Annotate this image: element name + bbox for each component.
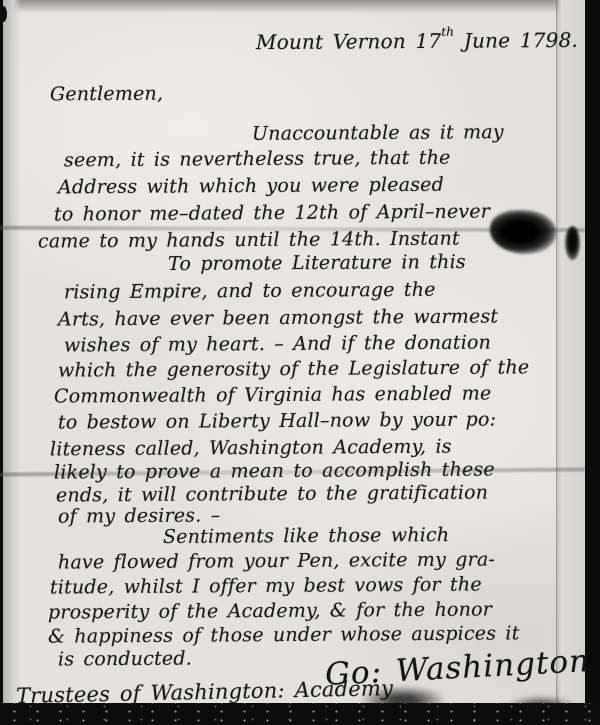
letter-photograph: { "letter": { "dateline": { "prefix": "M… (0, 0, 600, 725)
letter-line: ends, it will contribute to the gratific… (56, 481, 488, 506)
letter-line: To promote Literature in this (168, 251, 466, 275)
letter-line: Sentiments like those which (163, 524, 449, 548)
letter-line: & happiness of those under whose auspice… (48, 622, 520, 647)
photo-left-edge (3, 0, 21, 705)
letter-line: rising Empire, and to encourage the (64, 279, 436, 304)
letter-line: of my desires. – (58, 504, 221, 527)
dateline-prefix: Mount Vernon 17 (256, 29, 441, 54)
letter-line: Unaccountable as it may (252, 121, 504, 145)
letter-line: Arts, have ever been amongst the warmest (58, 305, 498, 330)
letter-line: to honor me–dated the 12th of April–neve… (54, 200, 490, 225)
dateline: Mount Vernon 17th June 1798. (256, 28, 578, 54)
letter-line: to bestow on Liberty Hall–now by your po… (58, 408, 496, 433)
letter-line: liteness called, Washington Academy, is (50, 436, 452, 461)
letter-line: is conducted. (58, 648, 192, 671)
letter-line: titude, whilst I offer my best vows for … (50, 573, 482, 598)
photo-corner-nick (0, 6, 7, 22)
dateline-superscript: th (441, 25, 454, 39)
letter-line: seem, it is nevertheless true, that the (64, 147, 451, 172)
dateline-suffix: June 1798. (454, 28, 578, 53)
letter-line: wishes of my heart. – And if the donatio… (64, 332, 491, 357)
letter-line: came to my hands until the 14th. Instant (38, 228, 460, 253)
paper-right-edge (556, 0, 585, 705)
letter-line: likely to prove a mean to accomplish the… (54, 458, 495, 483)
letter-line: have flowed from your Pen, excite my gra… (58, 548, 495, 573)
letter-line: which the generosity of the Legislature … (58, 356, 529, 381)
photo-bottom-edge (0, 703, 600, 725)
letter-line: Address with which you were pleased (58, 174, 444, 199)
letter-line: prosperity of the Academy, & for the hon… (48, 598, 492, 623)
letter-line: Commonwealth of Virginia has enabled me (54, 382, 492, 407)
paper-edge-line (556, 0, 557, 705)
salutation: Gentlemen, (50, 83, 163, 106)
ink-blot-edge (565, 226, 580, 260)
photo-top-edge (3, 0, 585, 13)
